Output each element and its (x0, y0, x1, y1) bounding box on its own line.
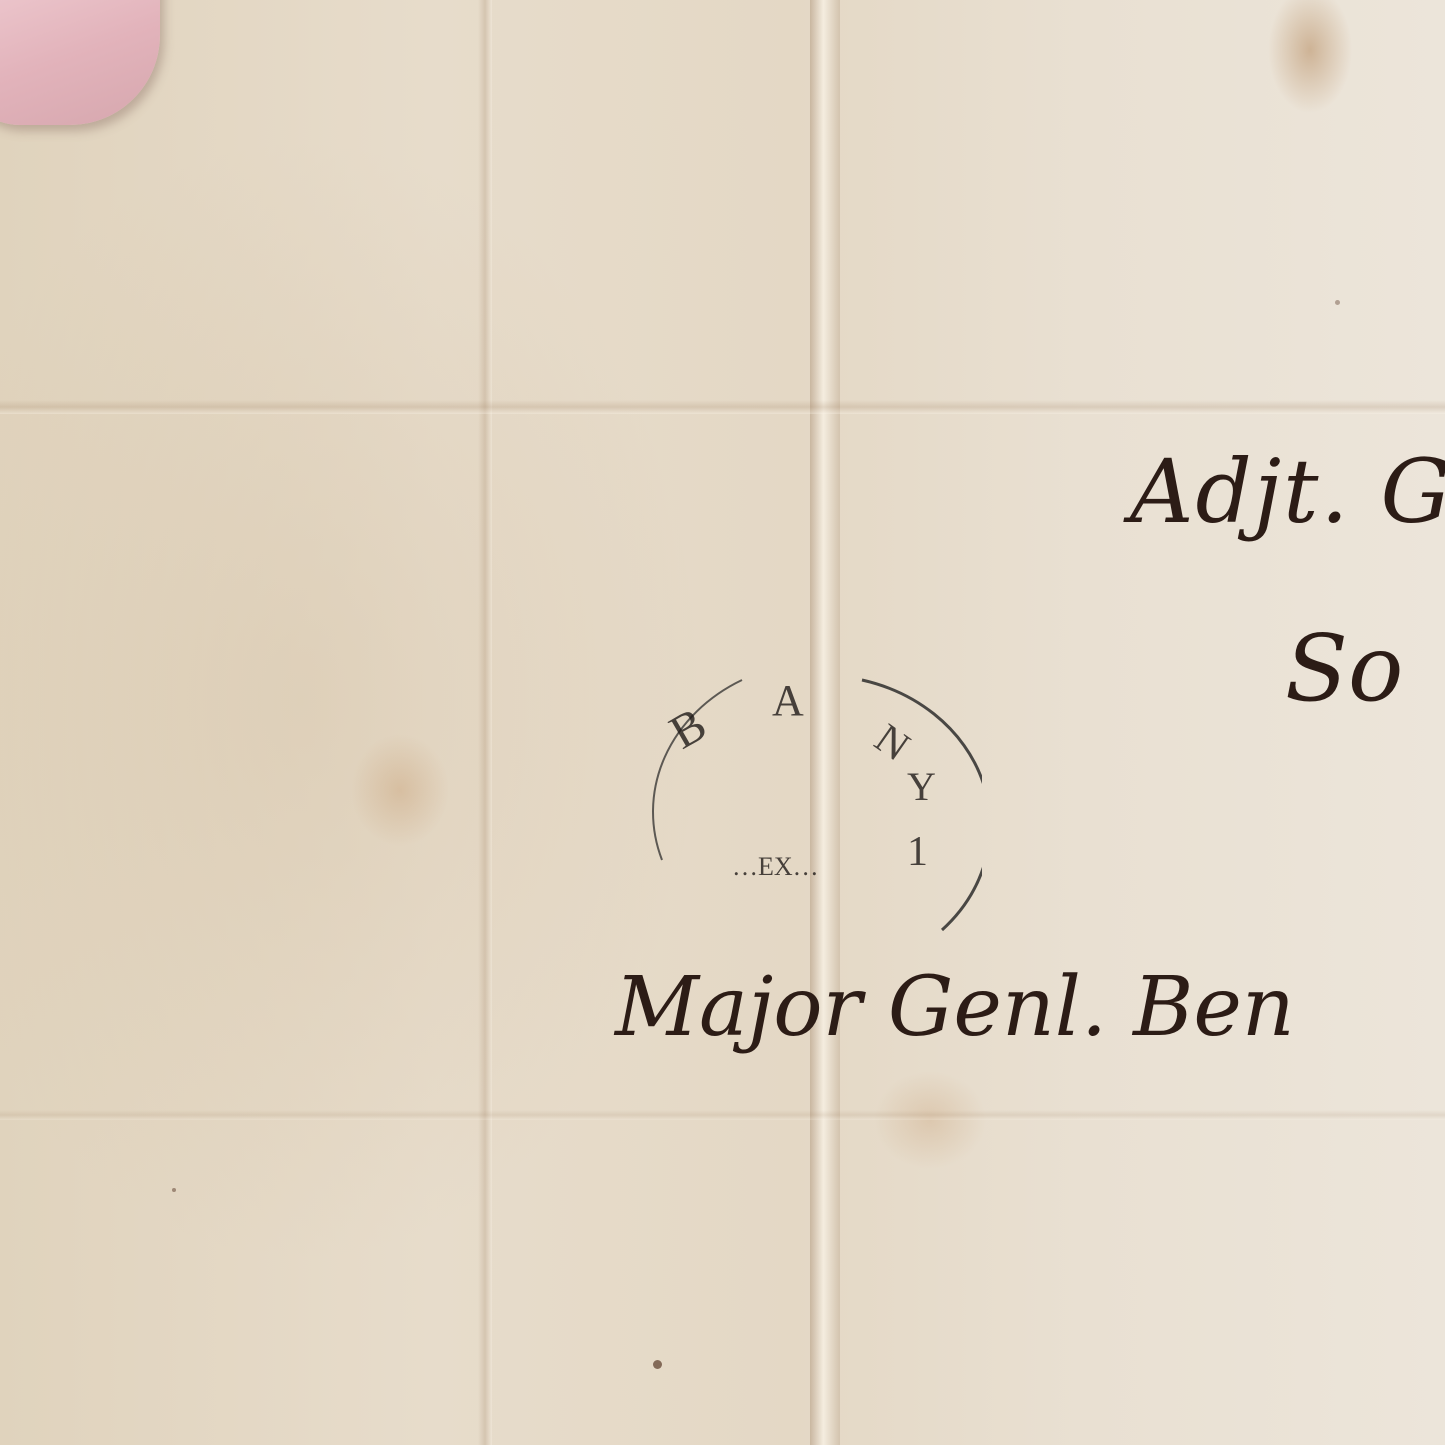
fold-crease-upper (0, 400, 1445, 414)
address-line-3: Major Genl. Ben (615, 960, 1295, 1055)
postmark-month: …EX… (732, 852, 819, 881)
svg-text:N: N (866, 716, 917, 771)
postmark-date: 1 (907, 829, 928, 875)
fold-crease-left (478, 0, 492, 1445)
svg-text:Y: Y (907, 764, 936, 809)
fold-crease-lower (0, 1110, 1445, 1120)
postmark-stamp: B A N Y …EX… 1 (622, 660, 982, 960)
ink-speck (1335, 300, 1340, 305)
postmark-letter: A (772, 676, 804, 725)
address-line-1: Adjt. Ge (1130, 440, 1445, 543)
ink-speck (172, 1188, 176, 1192)
ink-speck (653, 1360, 662, 1369)
address-line-2: So (1285, 615, 1403, 722)
